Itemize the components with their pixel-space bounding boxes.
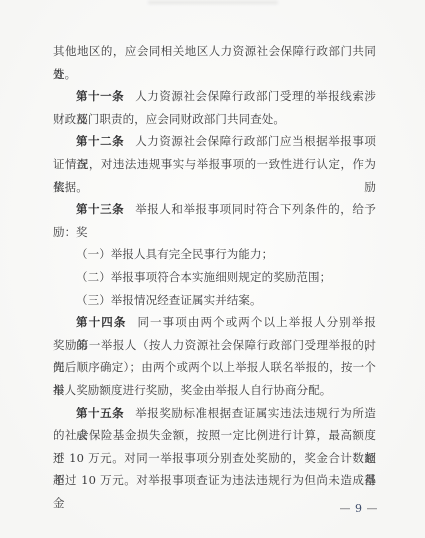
page-number-dash-left: — xyxy=(340,502,352,515)
document-line: 励： xyxy=(53,221,376,244)
document-line: 其他地区的，应会同相关地区人力资源社会保障行政部门共同查 xyxy=(53,40,376,63)
article-heading: 第十五条 xyxy=(76,406,124,420)
document-line: 第十二条人力资源社会保障行政部门应当根据举报事项查 xyxy=(53,130,376,153)
article-heading: 第十四条 xyxy=(76,315,126,329)
document-line: 第十三条举报人和举报事项同时符合下列条件的，给予奖 xyxy=(53,198,376,221)
document-line: 报人奖励额度进行奖励，奖金由举报人自行协商分配。 xyxy=(53,379,376,402)
document-line: 的社会保险基金损失金额，按照一定比例进行计算，最高额度不超 xyxy=(53,424,376,447)
scan-artifact-smudge xyxy=(148,1,278,4)
document-line: （三）举报情况经查证属实并结案。 xyxy=(53,289,376,312)
document-line: 第十一条人力资源社会保障行政部门受理的举报线索涉及 xyxy=(53,85,376,108)
scanned-document-page: 其他地区的，应会同相关地区人力资源社会保障行政部门共同查处。第十一条人力资源社会… xyxy=(0,0,425,538)
page-number-dash-right: — xyxy=(367,502,379,515)
page-number: —9— xyxy=(340,501,379,517)
text-block: 其他地区的，应会同相关地区人力资源社会保障行政部门共同查处。第十一条人力资源社会… xyxy=(53,40,376,492)
document-line: 财政部门职责的，应会同财政部门共同查处。 xyxy=(53,108,376,131)
document-line: 过 10 万元。对同一举报事项分别查处奖励的，奖金合计数额不得 xyxy=(53,447,376,470)
document-line: 处。 xyxy=(53,63,376,86)
document-line: 先后顺序确定）；由两个或两个以上举报人联名举报的，按一个举 xyxy=(53,356,376,379)
page-number-value: 9 xyxy=(355,502,363,515)
article-heading: 第十一条 xyxy=(76,89,124,103)
article-heading: 第十三条 xyxy=(76,202,124,216)
document-line: 证情况，对违法违规事实与举报事项的一致性进行认定，作为奖励 xyxy=(53,153,376,176)
article-heading: 第十二条 xyxy=(76,134,124,148)
document-line: 第十五条举报奖励标准根据查证属实违法违规行为所造成 xyxy=(53,402,376,425)
document-line: 奖励第一举报人（按人力资源社会保障行政部门受理举报的时间 xyxy=(53,334,376,357)
document-line: （二）举报事项符合本实施细则规定的奖励范围； xyxy=(53,266,376,289)
document-line: 第十四条同一事项由两个或两个以上举报人分别举报的， xyxy=(53,311,376,334)
document-line: （一）举报人具有完全民事行为能力； xyxy=(53,243,376,266)
document-line: 超过 10 万元。对举报事项查证为违法违规行为但尚未造成基金 xyxy=(53,469,376,492)
